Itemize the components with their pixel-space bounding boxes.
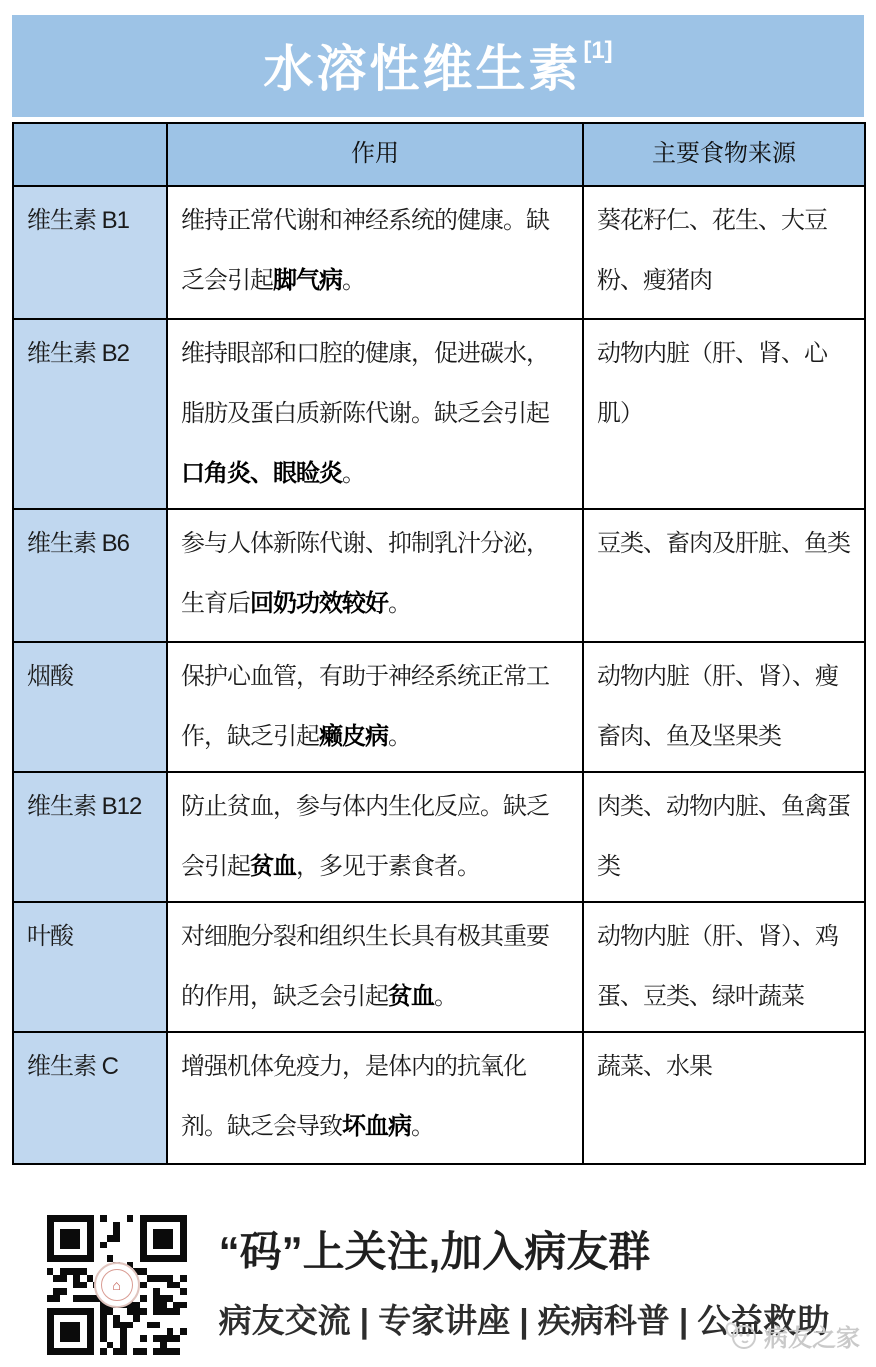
qr-finder-icon bbox=[140, 1215, 187, 1262]
function-cell: 对细胞分裂和组织生长具有极其重要的作用，缺乏会引起贫血。 bbox=[167, 902, 583, 1032]
table-row: 维生素 B12 防止贫血，参与体内生化反应。缺乏会引起贫血，多见于素食者。 肉类… bbox=[13, 772, 865, 902]
table-header-row: 作用 主要食物来源 bbox=[13, 123, 865, 186]
function-text-tail: 。 bbox=[434, 983, 457, 1010]
food-source-cell: 蔬菜、水果 bbox=[583, 1032, 865, 1164]
table-row: 烟酸 保护心血管，有助于神经系统正常工作，缺乏引起癞皮病。 动物内脏（肝、肾）、… bbox=[13, 642, 865, 772]
food-source-cell: 动物内脏（肝、肾、心肌） bbox=[583, 319, 865, 509]
food-source-cell: 豆类、畜肉及肝脏、鱼类 bbox=[583, 509, 865, 642]
function-text: 对细胞分裂和组织生长具有极其重要的作用，缺乏会引起 bbox=[181, 923, 549, 1010]
function-cell: 维持正常代谢和神经系统的健康。缺乏会引起脚气病。 bbox=[167, 186, 583, 319]
title-superscript: [1] bbox=[583, 37, 612, 64]
vitamin-name-cell: 叶酸 bbox=[13, 902, 167, 1032]
vitamin-name-cell: 维生素 B2 bbox=[13, 319, 167, 509]
function-text-tail: ，多见于素食者。 bbox=[296, 853, 480, 880]
food-source-cell: 动物内脏（肝、肾）、瘦畜肉、鱼及坚果类 bbox=[583, 642, 865, 772]
function-bold-term: 坏血病 bbox=[342, 1113, 411, 1140]
watermark-logo: 病友之家 bbox=[724, 1318, 860, 1353]
function-text-tail: 。 bbox=[411, 1113, 434, 1140]
table-row: 叶酸 对细胞分裂和组织生长具有极其重要的作用，缺乏会引起贫血。 动物内脏（肝、肾… bbox=[13, 902, 865, 1032]
function-bold-term: 贫血 bbox=[250, 853, 296, 880]
infographic-sheet: 水溶性维生素[1] 作用 主要食物来源 维生素 B1 维持正常代谢和神经系统的健… bbox=[0, 0, 876, 1355]
mascot-face-icon bbox=[724, 1321, 758, 1351]
qr-finder-icon bbox=[47, 1308, 94, 1355]
qr-code-icon: ⌂ bbox=[47, 1215, 187, 1355]
function-text-tail: 。 bbox=[388, 723, 411, 750]
function-text: 维持眼部和口腔的健康，促进碳水，脂肪及蛋白质新陈代谢。缺乏会引起 bbox=[181, 340, 549, 427]
qr-finder-icon bbox=[47, 1215, 94, 1262]
food-source-cell: 肉类、动物内脏、鱼禽蛋类 bbox=[583, 772, 865, 902]
function-bold-term: 口角炎、眼睑炎 bbox=[181, 460, 342, 487]
house-icon: ⌂ bbox=[101, 1269, 133, 1301]
watermark-text: 病友之家 bbox=[764, 1318, 860, 1353]
vitamin-name-cell: 烟酸 bbox=[13, 642, 167, 772]
table-row: 维生素 B2 维持眼部和口腔的健康，促进碳水，脂肪及蛋白质新陈代谢。缺乏会引起口… bbox=[13, 319, 865, 509]
table-row: 维生素 C 增强机体免疫力，是体内的抗氧化剂。缺乏会导致坏血病。 蔬菜、水果 bbox=[13, 1032, 865, 1164]
function-bold-term: 贫血 bbox=[388, 983, 434, 1010]
function-cell: 参与人体新陈代谢、抑制乳汁分泌，生育后回奶功效较好。 bbox=[167, 509, 583, 642]
food-source-cell: 葵花籽仁、花生、大豆粉、瘦猪肉 bbox=[583, 186, 865, 319]
vitamin-table: 作用 主要食物来源 维生素 B1 维持正常代谢和神经系统的健康。缺乏会引起脚气病… bbox=[12, 122, 866, 1165]
function-text: 维持正常代谢和神经系统的健康。缺乏会引起 bbox=[181, 207, 549, 294]
function-cell: 增强机体免疫力，是体内的抗氧化剂。缺乏会导致坏血病。 bbox=[167, 1032, 583, 1164]
page-title: 水溶性维生素[1] bbox=[263, 39, 612, 94]
vitamin-name-cell: 维生素 B6 bbox=[13, 509, 167, 642]
function-cell: 保护心血管，有助于神经系统正常工作，缺乏引起癞皮病。 bbox=[167, 642, 583, 772]
vitamin-name-cell: 维生素 B1 bbox=[13, 186, 167, 319]
vitamin-name-cell: 维生素 C bbox=[13, 1032, 167, 1164]
function-bold-term: 癞皮病 bbox=[319, 723, 388, 750]
food-source-cell: 动物内脏（肝、肾）、鸡蛋、豆类、绿叶蔬菜 bbox=[583, 902, 865, 1032]
function-bold-term: 回奶功效较好 bbox=[250, 590, 388, 617]
page-title-text: 水溶性维生素 bbox=[263, 41, 581, 97]
follow-headline: “码”上关注,加入病友群 bbox=[219, 1228, 830, 1276]
header-cell-food-source: 主要食物来源 bbox=[583, 123, 865, 186]
table-row: 维生素 B6 参与人体新陈代谢、抑制乳汁分泌，生育后回奶功效较好。 豆类、畜肉及… bbox=[13, 509, 865, 642]
header-cell-empty bbox=[13, 123, 167, 186]
function-text-tail: 。 bbox=[388, 590, 411, 617]
table-row: 维生素 B1 维持正常代谢和神经系统的健康。缺乏会引起脚气病。 葵花籽仁、花生、… bbox=[13, 186, 865, 319]
function-cell: 维持眼部和口腔的健康，促进碳水，脂肪及蛋白质新陈代谢。缺乏会引起口角炎、眼睑炎。 bbox=[167, 319, 583, 509]
function-text-tail: 。 bbox=[342, 267, 365, 294]
function-text-tail: 。 bbox=[342, 460, 365, 487]
function-cell: 防止贫血，参与体内生化反应。缺乏会引起贫血，多见于素食者。 bbox=[167, 772, 583, 902]
function-bold-term: 脚气病 bbox=[273, 267, 342, 294]
header-cell-function: 作用 bbox=[167, 123, 583, 186]
qr-center-logo: ⌂ bbox=[94, 1262, 140, 1308]
title-banner: 水溶性维生素[1] bbox=[12, 15, 864, 117]
vitamin-name-cell: 维生素 B12 bbox=[13, 772, 167, 902]
